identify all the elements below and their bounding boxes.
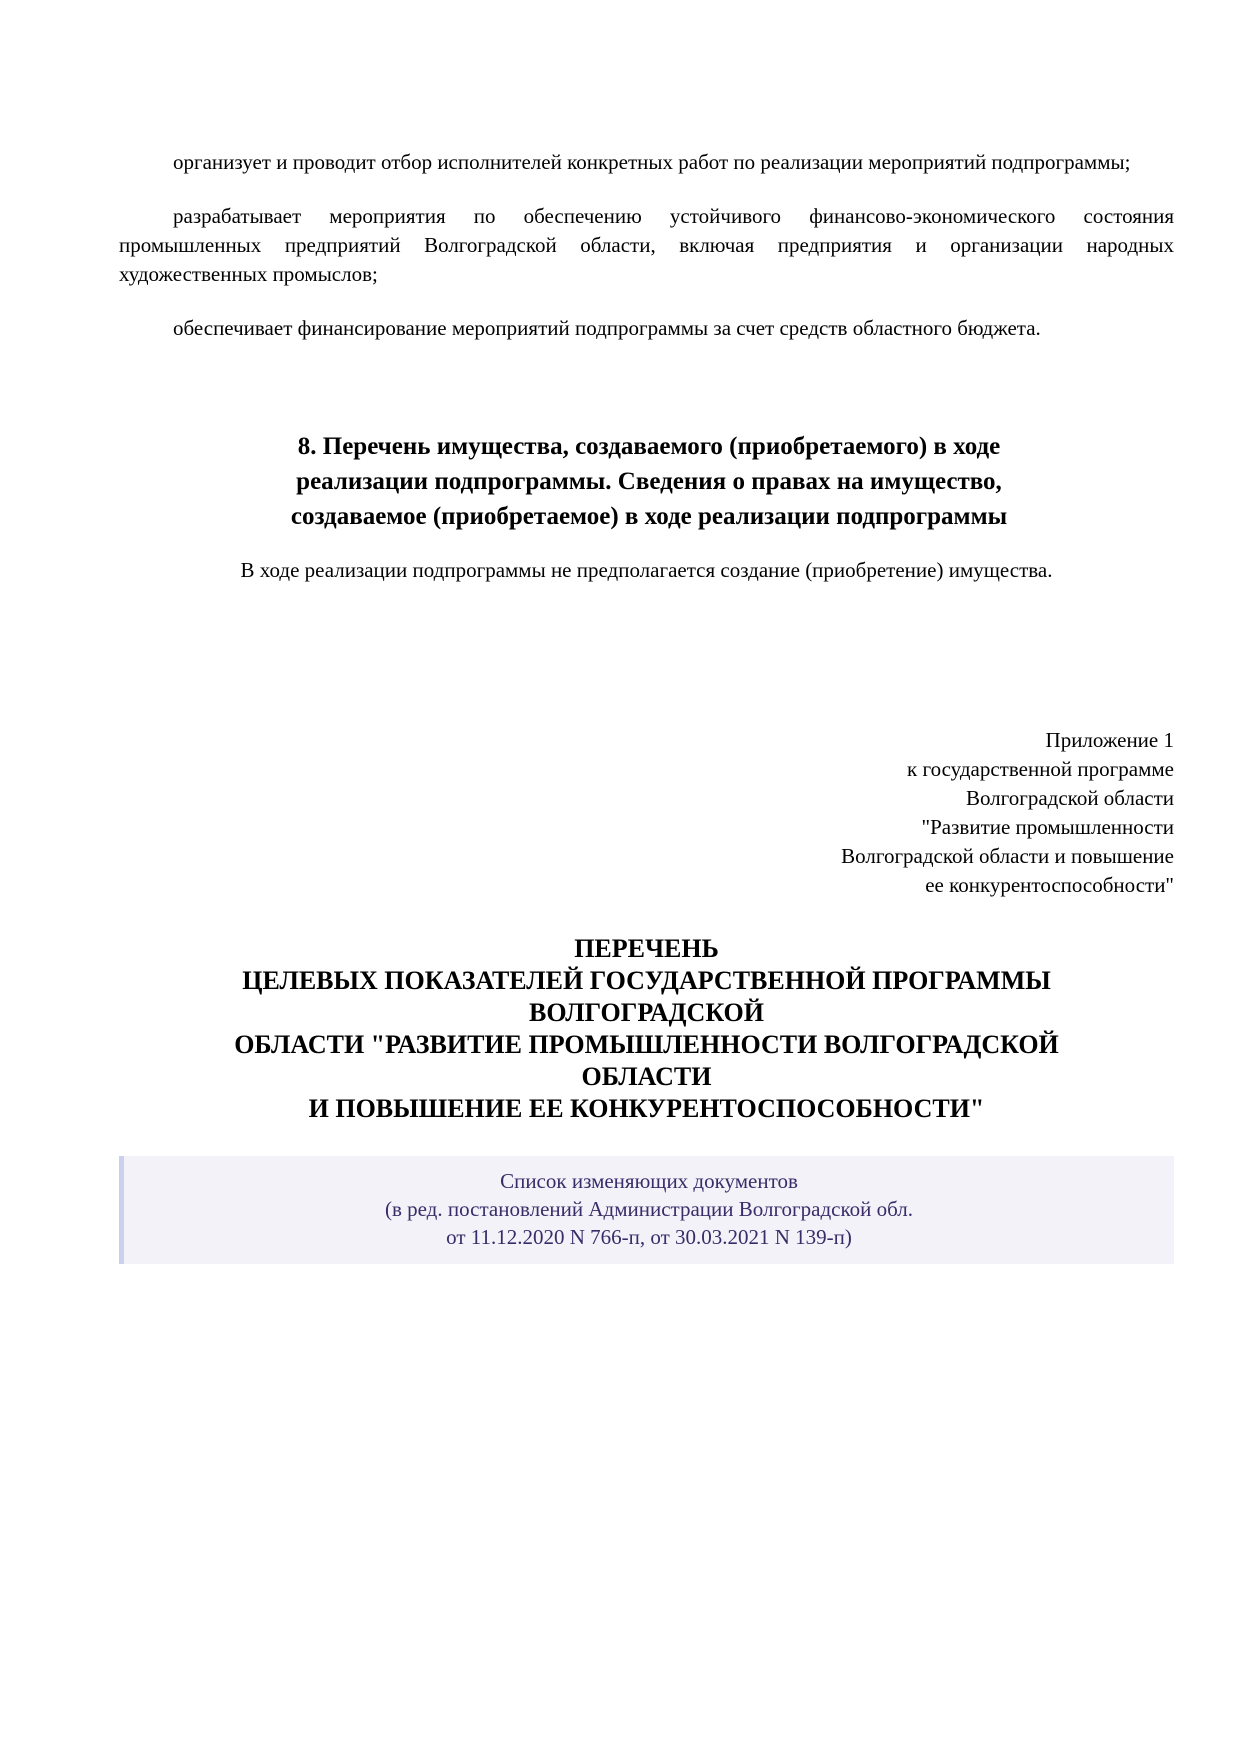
amending-documents-box: Список изменяющих документов (в ред. пос… xyxy=(119,1156,1174,1264)
list-title-line: И ПОВЫШЕНИЕ ЕЕ КОНКУРЕНТОСПОСОБНОСТИ" xyxy=(119,1093,1174,1125)
revision-box-title: Список изменяющих документов xyxy=(124,1167,1174,1195)
section-8-heading: 8. Перечень имущества, создаваемого (при… xyxy=(199,429,1099,534)
appendix-line: к государственной программе xyxy=(841,755,1174,784)
list-title-line: ПЕРЕЧЕНЬ xyxy=(119,933,1174,965)
appendix-line: ее конкурентоспособности" xyxy=(841,871,1174,900)
appendix-line: Приложение 1 xyxy=(841,726,1174,755)
list-title-line: ЦЕЛЕВЫХ ПОКАЗАТЕЛЕЙ ГОСУДАРСТВЕННОЙ ПРОГ… xyxy=(119,965,1174,997)
paragraph-develops-measures: разрабатывает мероприятия по обеспечению… xyxy=(119,202,1174,289)
indicators-list-title: ПЕРЕЧЕНЬ ЦЕЛЕВЫХ ПОКАЗАТЕЛЕЙ ГОСУДАРСТВЕ… xyxy=(119,933,1174,1125)
appendix-line: Волгоградской области и повышение xyxy=(841,842,1174,871)
section-8-body: В ходе реализации подпрограммы не предпо… xyxy=(119,556,1174,585)
appendix-header: Приложение 1 к государственной программе… xyxy=(841,726,1174,900)
list-title-line: ОБЛАСТИ "РАЗВИТИЕ ПРОМЫШЛЕННОСТИ ВОЛГОГР… xyxy=(119,1029,1174,1061)
revision-box-line: (в ред. постановлений Администрации Волг… xyxy=(124,1195,1174,1223)
list-title-line: ВОЛГОГРАДСКОЙ xyxy=(119,997,1174,1029)
section-8-heading-line: создаваемое (приобретаемое) в ходе реали… xyxy=(199,499,1099,534)
list-title-line: ОБЛАСТИ xyxy=(119,1061,1174,1093)
paragraph-selection-of-executors: организует и проводит отбор исполнителей… xyxy=(119,148,1174,177)
appendix-line: "Развитие промышленности xyxy=(841,813,1174,842)
section-8-heading-line: реализации подпрограммы. Сведения о прав… xyxy=(199,464,1099,499)
revision-box-line: от 11.12.2020 N 766-п, от 30.03.2021 N 1… xyxy=(124,1223,1174,1251)
section-8-heading-line: 8. Перечень имущества, создаваемого (при… xyxy=(199,429,1099,464)
paragraph-financing: обеспечивает финансирование мероприятий … xyxy=(119,314,1174,343)
appendix-line: Волгоградской области xyxy=(841,784,1174,813)
document-page: организует и проводит отбор исполнителей… xyxy=(119,148,1174,368)
